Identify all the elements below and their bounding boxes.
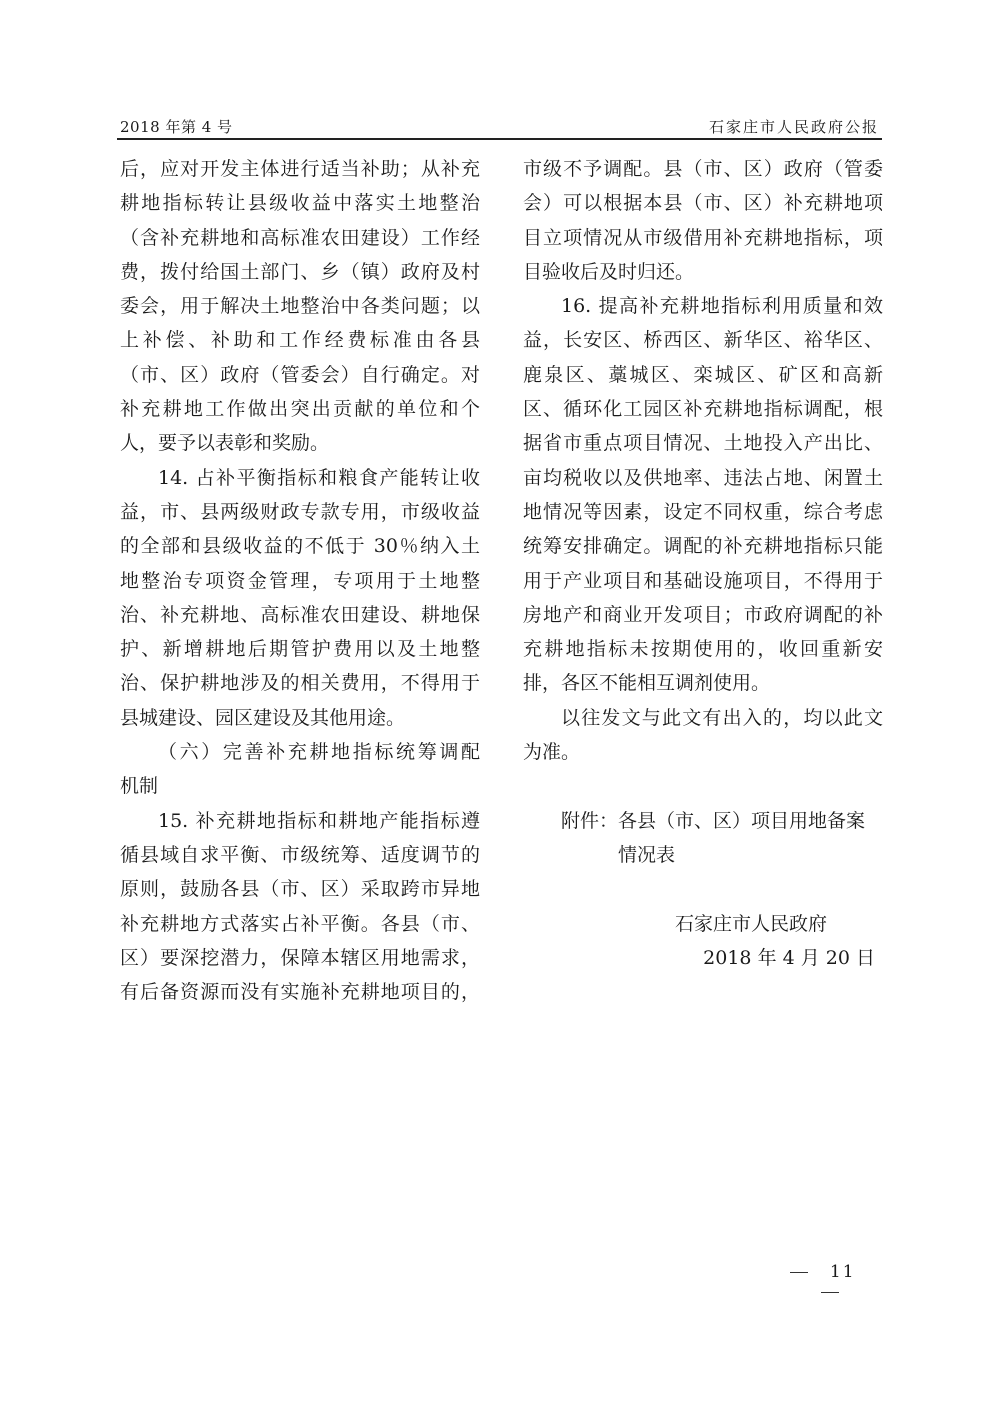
text-line: 用于产业项目和基础设施项目，不得用于 <box>523 564 883 598</box>
issue-number: 2018 年第 4 号 <box>120 116 233 137</box>
text-line: 16. 提高补充耕地指标利用质量和效 <box>523 289 883 323</box>
text-line: 后，应对开发主体进行适当补助；从补充 <box>120 152 480 186</box>
text-line: 益，长安区、桥西区、新华区、裕华区、 <box>523 323 883 357</box>
right-column-body: 市级不予调配。县（市、区）政府（管委会）可以根据本县（市、区）补充耕地项目立项情… <box>523 152 883 769</box>
text-line: 护、新增耕地后期管护费用以及土地整 <box>120 632 480 666</box>
dash-decoration <box>790 1272 808 1273</box>
page-number: 11 <box>830 1262 856 1282</box>
text-line: 鹿泉区、藁城区、栾城区、矿区和高新 <box>523 358 883 392</box>
text-line: 治、保护耕地涉及的相关费用，不得用于 <box>120 666 480 700</box>
text-line: 15. 补充耕地指标和耕地产能指标遵 <box>120 804 480 838</box>
section-heading: （六）完善补充耕地指标统筹调配 <box>120 735 480 769</box>
text-line: 区）要深挖潜力，保障本辖区用地需求， <box>120 941 480 975</box>
text-line: 统筹安排确定。调配的补充耕地指标只能 <box>523 529 883 563</box>
text-line: 区、循环化工园区补充耕地指标调配，根 <box>523 392 883 426</box>
text-line: 目验收后及时归还。 <box>523 255 883 289</box>
text-line: 地情况等因素，设定不同权重，综合考虑 <box>523 495 883 529</box>
text-line: 县城建设、园区建设及其他用途。 <box>120 701 480 735</box>
text-line: 亩均税收以及供地率、违法占地、闲置土 <box>523 461 883 495</box>
text-line: 会）可以根据本县（市、区）补充耕地项 <box>523 186 883 220</box>
text-line: 补充耕地方式落实占补平衡。各县（市、 <box>120 907 480 941</box>
text-line: 耕地指标转让县级收益中落实土地整治 <box>120 186 480 220</box>
text-line: 14. 占补平衡指标和粮食产能转让收 <box>120 461 480 495</box>
attachment-line-continued: 情况表 <box>523 838 883 872</box>
text-line: 费，拨付给国土部门、乡（镇）政府及村 <box>120 255 480 289</box>
text-line: 委会，用于解决土地整治中各类问题；以 <box>120 289 480 323</box>
dash-decoration <box>821 1292 839 1293</box>
text-line: 机制 <box>120 769 480 803</box>
text-line: 市级不予调配。县（市、区）政府（管委 <box>523 152 883 186</box>
text-line: 人，要予以表彰和奖励。 <box>120 426 480 460</box>
text-line: 的全部和县级收益的不低于 30％纳入土 <box>120 529 480 563</box>
text-line: 上补偿、补助和工作经费标准由各县 <box>120 323 480 357</box>
text-line: 补充耕地工作做出突出贡献的单位和个 <box>120 392 480 426</box>
text-line: 治、补充耕地、高标准农田建设、耕地保 <box>120 598 480 632</box>
spacer <box>523 769 883 803</box>
text-line: 地整治专项资金管理，专项用于土地整 <box>120 564 480 598</box>
text-line: 为准。 <box>523 735 883 769</box>
text-line: 有后备资源而没有实施补充耕地项目的， <box>120 975 480 1009</box>
text-line: 充耕地指标未按期使用的，收回重新安 <box>523 632 883 666</box>
attachment-line: 附件：各县（市、区）项目用地备案 <box>523 804 883 838</box>
spacer <box>523 872 883 906</box>
text-line: 益，市、县两级财政专款专用，市级收益 <box>120 495 480 529</box>
text-line: 目立项情况从市级借用补充耕地指标，项 <box>523 221 883 255</box>
page-footer: 11 <box>780 1262 880 1302</box>
text-line: 房地产和商业开发项目；市政府调配的补 <box>523 598 883 632</box>
issuer-signature: 石家庄市人民政府 <box>523 907 883 941</box>
header-divider <box>117 138 882 140</box>
text-line: 循县域自求平衡、市级统筹、适度调节的 <box>120 838 480 872</box>
text-line: （含补充耕地和高标准农田建设）工作经 <box>120 221 480 255</box>
running-header: 2018 年第 4 号 石家庄市人民政府公报 <box>117 114 882 140</box>
issue-date: 2018 年 4 月 20 日 <box>523 941 883 975</box>
text-line: 以往发文与此文有出入的，均以此文 <box>523 701 883 735</box>
publication-title: 石家庄市人民政府公报 <box>709 116 879 137</box>
left-column: 后，应对开发主体进行适当补助；从补充耕地指标转让县级收益中落实土地整治（含补充耕… <box>120 152 480 1009</box>
right-column: 市级不予调配。县（市、区）政府（管委会）可以根据本县（市、区）补充耕地项目立项情… <box>523 152 883 975</box>
text-line: 排，各区不能相互调剂使用。 <box>523 666 883 700</box>
text-line: （市、区）政府（管委会）自行确定。对 <box>120 358 480 392</box>
text-line: 据省市重点项目情况、土地投入产出比、 <box>523 426 883 460</box>
text-line: 原则，鼓励各县（市、区）采取跨市异地 <box>120 872 480 906</box>
